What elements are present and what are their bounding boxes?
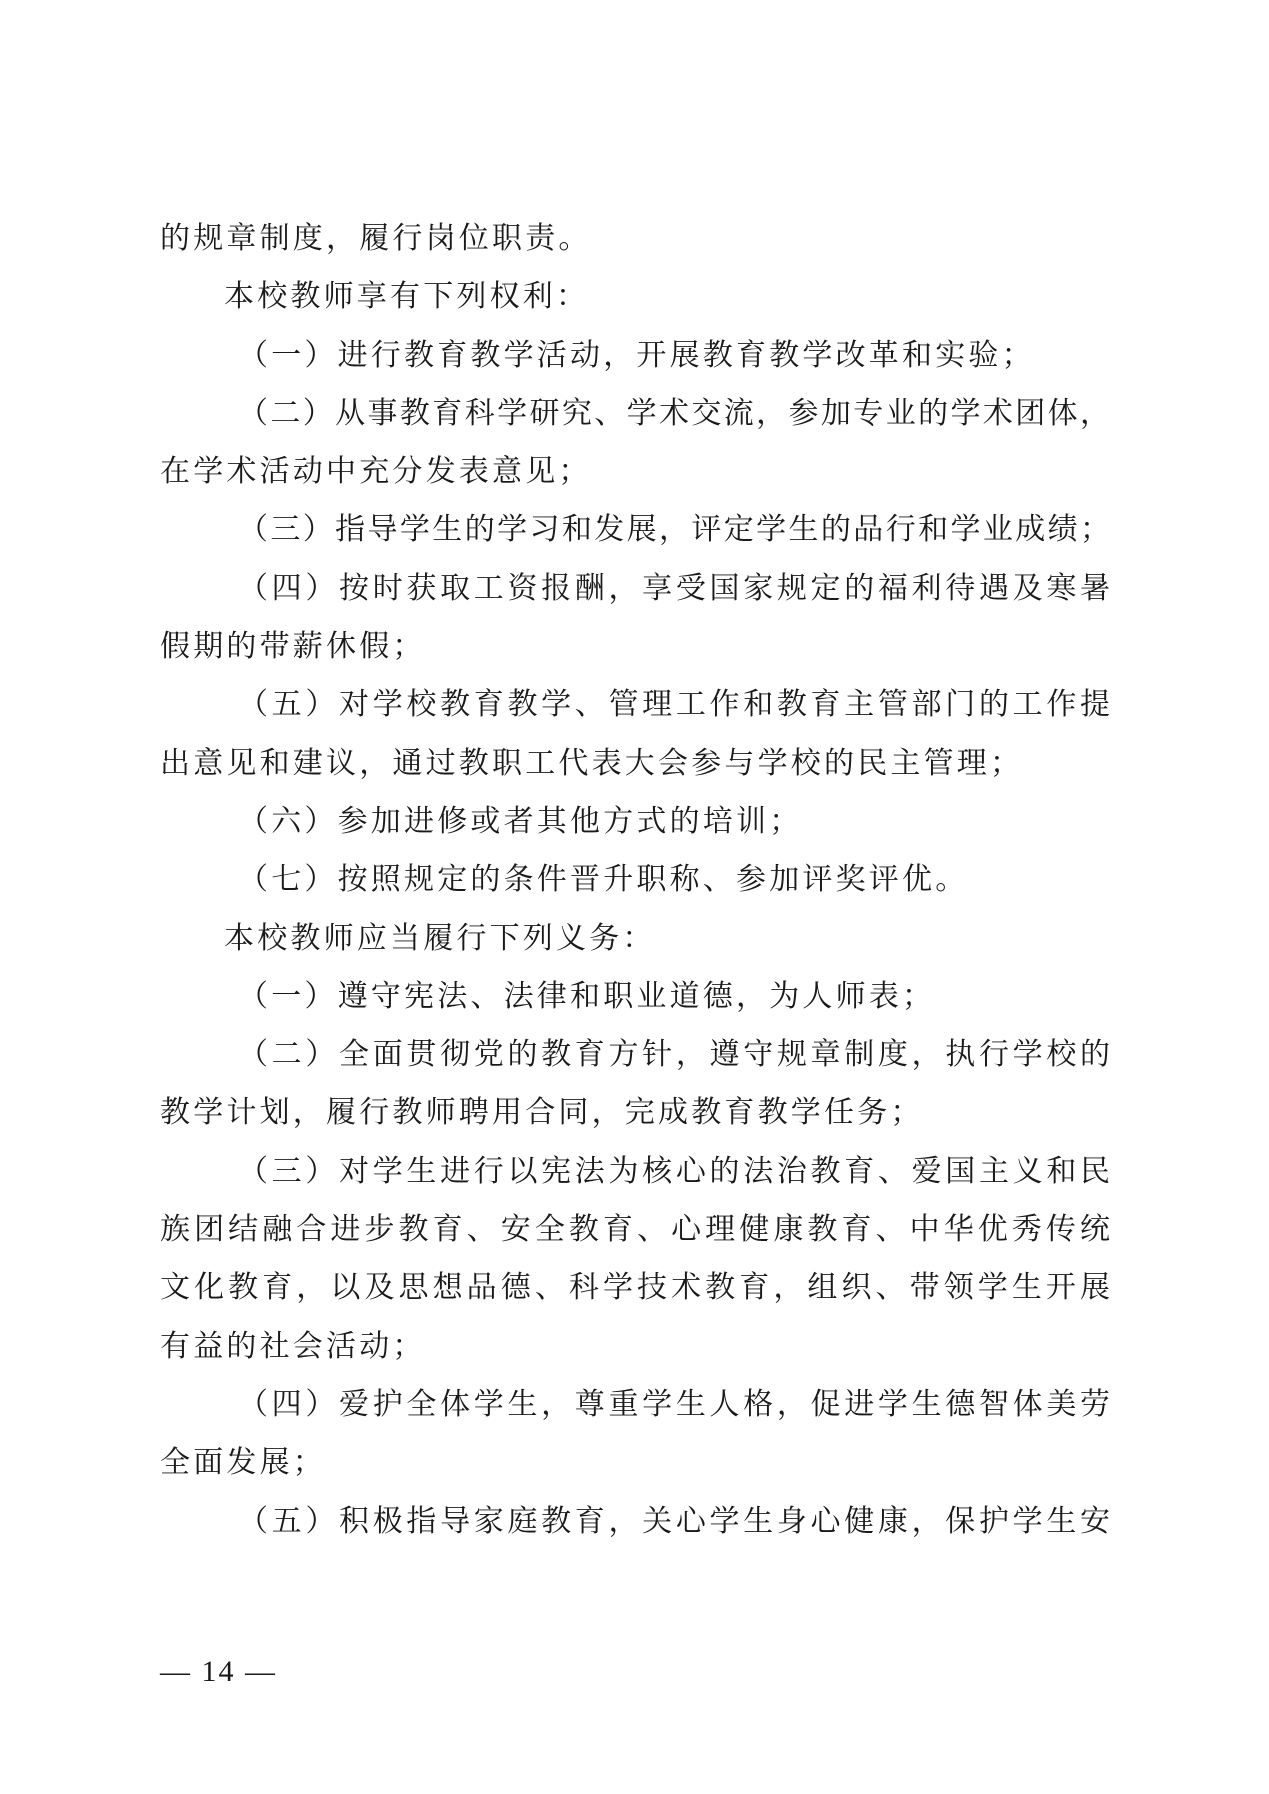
text-line: 出意见和建议，通过教职工代表大会参与学校的民主管理；: [160, 735, 1110, 793]
text-line: 本校教师享有下列权利：: [160, 268, 1110, 326]
text-line: 教学计划，履行教师聘用合同，完成教育教学任务；: [160, 1084, 1110, 1142]
text-line: 全面发展；: [160, 1434, 1110, 1492]
text-line: （四）爱护全体学生，尊重学生人格，促进学生德智体美劳: [160, 1376, 1110, 1434]
text-line: 的规章制度，履行岗位职责。: [160, 210, 1110, 268]
text-line: （一）进行教育教学活动，开展教育教学改革和实验；: [160, 327, 1110, 385]
text-line: （一）遵守宪法、法律和职业道德，为人师表；: [160, 968, 1110, 1026]
text-line: （六）参加进修或者其他方式的培训；: [160, 793, 1110, 851]
text-line: 在学术活动中充分发表意见；: [160, 443, 1110, 501]
text-line: 本校教师应当履行下列义务：: [160, 910, 1110, 968]
document-body: 的规章制度，履行岗位职责。 本校教师享有下列权利： （一）进行教育教学活动，开展…: [160, 210, 1110, 1551]
text-line: （五）对学校教育教学、管理工作和教育主管部门的工作提: [160, 676, 1110, 734]
text-line: 有益的社会活动；: [160, 1318, 1110, 1376]
text-line: （三）对学生进行以宪法为核心的法治教育、爱国主义和民: [160, 1143, 1110, 1201]
page-number: — 14 —: [160, 1655, 277, 1689]
text-line: 假期的带薪休假；: [160, 618, 1110, 676]
text-line: （四）按时获取工资报酬，享受国家规定的福利待遇及寒暑: [160, 560, 1110, 618]
text-line: 族团结融合进步教育、安全教育、心理健康教育、中华优秀传统: [160, 1201, 1110, 1259]
document-page: 的规章制度，履行岗位职责。 本校教师享有下列权利： （一）进行教育教学活动，开展…: [0, 0, 1269, 1794]
text-line: （七）按照规定的条件晋升职称、参加评奖评优。: [160, 851, 1110, 909]
text-line: （三）指导学生的学习和发展，评定学生的品行和学业成绩；: [160, 501, 1110, 559]
text-line: （二）从事教育科学研究、学术交流，参加专业的学术团体，: [160, 385, 1110, 443]
text-line: （五）积极指导家庭教育，关心学生身心健康，保护学生安: [160, 1493, 1110, 1551]
text-line: 文化教育，以及思想品德、科学技术教育，组织、带领学生开展: [160, 1259, 1110, 1317]
text-line: （二）全面贯彻党的教育方针，遵守规章制度，执行学校的: [160, 1026, 1110, 1084]
